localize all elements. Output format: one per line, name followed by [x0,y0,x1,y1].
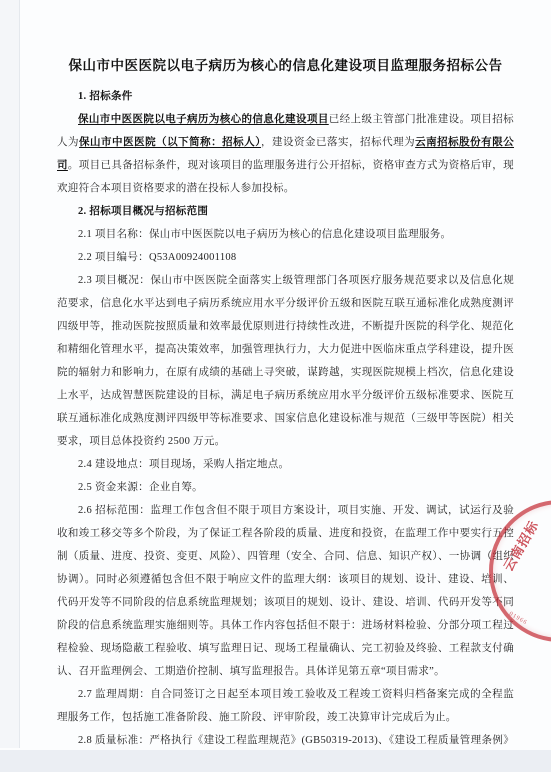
document-title: 保山市中医医院以电子病历为核心的信息化建设项目监理服务招标公告 [57,56,514,75]
item-construction-site: 2.4 建设地点：项目现场，采购人指定地点。 [57,453,514,476]
section-1-paragraph: 保山市中医医院以电子病历为核心的信息化建设项目已经上级主管部门批准建设。项目招标… [57,108,514,200]
document-content: 保山市中医医院以电子病历为核心的信息化建设项目监理服务招标公告 1. 招标条件 … [57,56,514,772]
scan-edge-line [19,0,20,748]
item-project-name: 2.1 项目名称：保山市中医医院以电子病历为核心的信息化建设项目监理服务。 [57,223,514,246]
section-1-heading: 1. 招标条件 [57,85,514,108]
tenderee-name-underlined: 保山市中医医院（以下简称：招标人） [79,137,261,148]
intro-text-3: 。项目已具备招标条件，现对该项目的监理服务进行公开招标，资格审查方式为资格后审，… [57,160,514,194]
project-name-underlined: 保山市中医医院以电子病历为核心的信息化建设项目 [78,114,329,125]
item-project-number: 2.2 项目编号：Q53A00924001108 [57,246,514,269]
section-2-heading: 2. 招标项目概况与招标范围 [57,200,514,223]
item-project-overview: 2.3 项目概况：保山市中医医院全面落实上级管理部门各项医疗服务规范要求以及信息… [57,269,514,453]
item-tender-scope: 2.6 招标范围：监理工作包含但不限于项目方案设计，项目实施、开发、调试，试运行… [57,499,514,683]
intro-text-2: ，建设资金已落实，招标代理为 [261,137,415,148]
seal-text: 云南招标 [498,530,534,574]
scan-left-margin [0,0,19,748]
document-page: 保山市中医医院以电子病历为核心的信息化建设项目监理服务招标公告 1. 招标条件 … [0,0,551,772]
scan-bottom-edge [0,750,551,772]
item-supervision-period: 2.7 监理周期：自合同签订之日起至本项目竣工验收及工程竣工资料归档备案完成的全… [57,683,514,729]
item-funding-source: 2.5 资金来源：企业自筹。 [57,476,514,499]
